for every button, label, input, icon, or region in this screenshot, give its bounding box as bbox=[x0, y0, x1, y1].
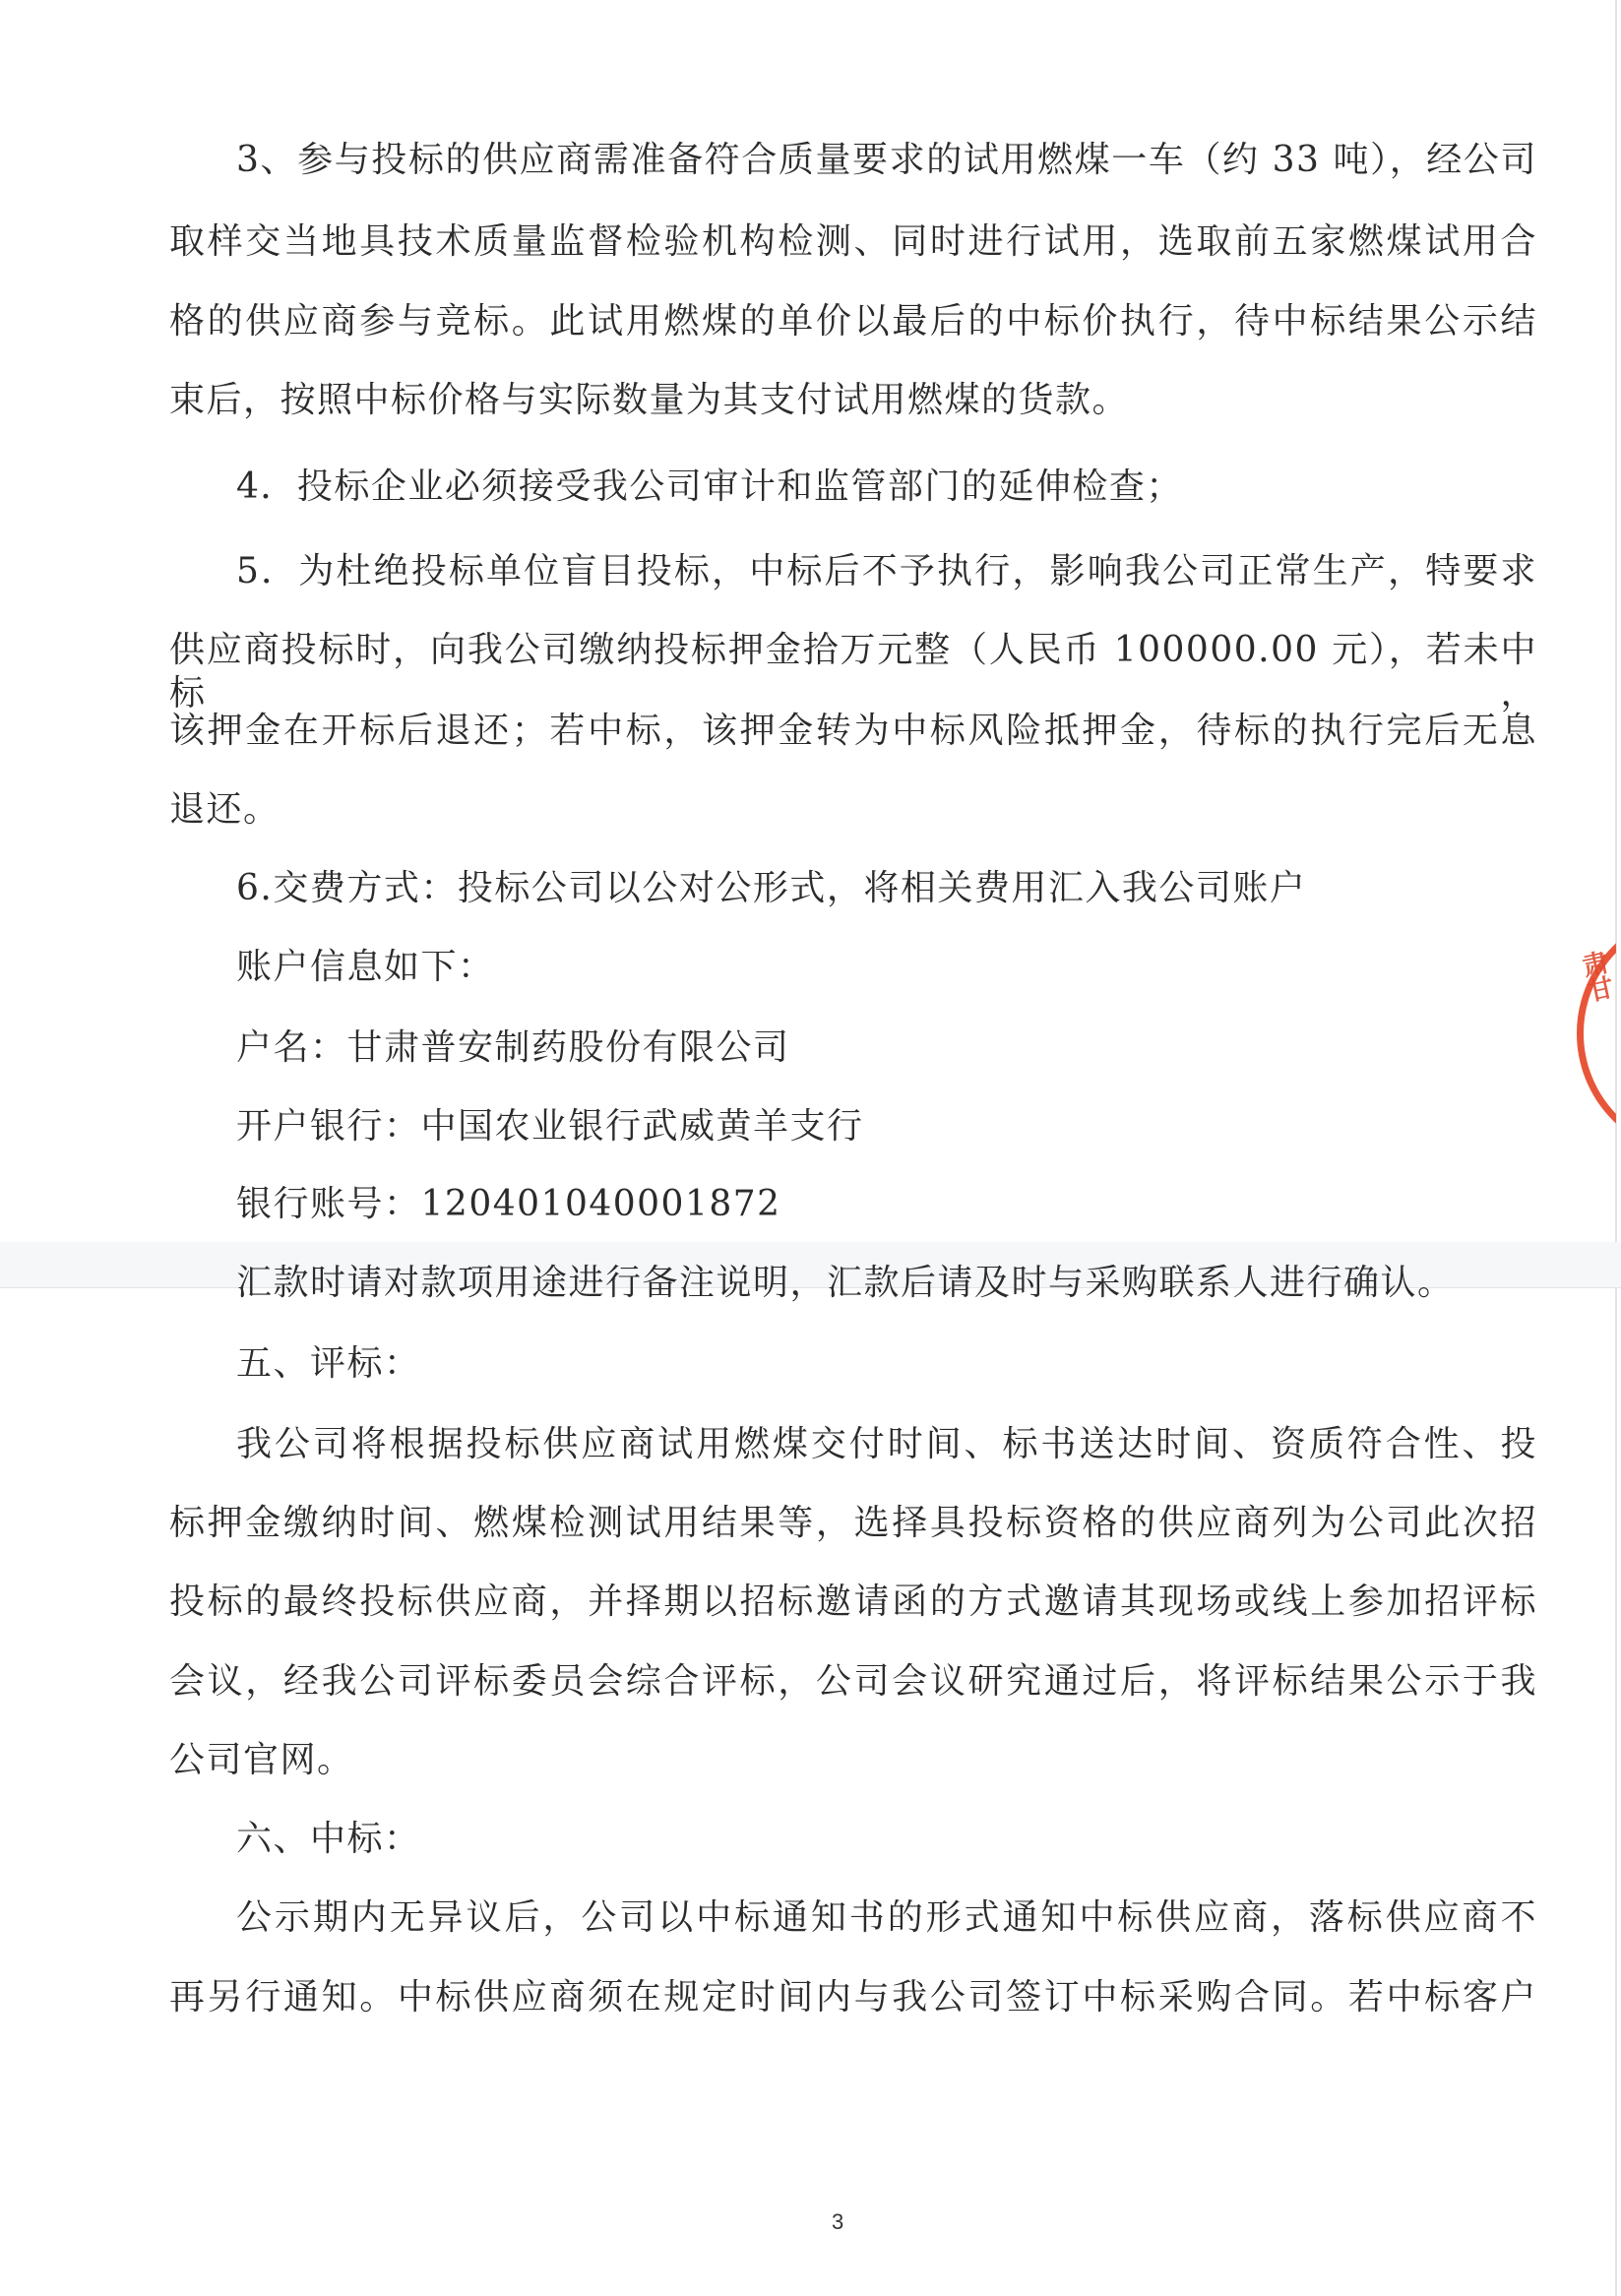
account-info-title: 账户信息如下： bbox=[236, 946, 495, 989]
section-5-line-3: 投标的最终投标供应商，并择期以招标邀请函的方式邀请其现场或线上参加招评标 bbox=[169, 1581, 1537, 1624]
section-5-line-5: 公司官网。 bbox=[169, 1739, 354, 1782]
account-number-row: 银行账号：120401040001872 bbox=[236, 1183, 781, 1226]
section-6-line-1: 公示期内无异议后，公司以中标通知书的形式通知中标供应商，落标供应商不 bbox=[236, 1896, 1537, 1940]
paragraph-5-line-2: 供应商投标时，向我公司缴纳投标押金拾万元整（人民币 100000.00 元），若… bbox=[169, 629, 1537, 715]
paragraph-3-line-1: 3、参与投标的供应商需准备符合质量要求的试用燃煤一车（约 33 吨），经公司 bbox=[236, 139, 1537, 182]
remittance-note: 汇款时请对款项用途进行备注说明，汇款后请及时与采购联系人进行确认。 bbox=[236, 1262, 1455, 1305]
account-number-value: 120401040001872 bbox=[421, 1184, 781, 1224]
paragraph-5-line-4: 退还。 bbox=[169, 788, 281, 832]
paragraph-4-line-1: 4．投标企业必须接受我公司审计和监管部门的延伸检查； bbox=[236, 465, 1183, 509]
section-5-line-1: 我公司将根据投标供应商试用燃煤交付时间、标书送达时间、资质符合性、投 bbox=[236, 1423, 1537, 1466]
bank-row: 开户银行：中国农业银行武威黄羊支行 bbox=[236, 1105, 864, 1148]
account-name-label: 户名： bbox=[236, 1027, 347, 1068]
section-6-line-2: 再另行通知。中标供应商须在规定时间内与我公司签订中标采购合同。若中标客户 bbox=[169, 1976, 1537, 2019]
account-number-label: 银行账号： bbox=[236, 1184, 421, 1224]
document-page: 3、参与投标的供应商需准备符合质量要求的试用燃煤一车（约 33 吨），经公司 取… bbox=[0, 0, 1621, 2296]
paragraph-5-line-1: 5．为杜绝投标单位盲目投标，中标后不予执行，影响我公司正常生产，特要求 bbox=[236, 550, 1537, 593]
seal-text: 肃甘 bbox=[1582, 947, 1616, 1003]
page-number: 3 bbox=[832, 2209, 843, 2235]
bank-value: 中国农业银行武威黄羊支行 bbox=[421, 1106, 864, 1147]
paragraph-3-line-4: 束后，按照中标价格与实际数量为其支付试用燃煤的货款。 bbox=[169, 379, 1129, 422]
section-6-heading: 六、中标： bbox=[236, 1818, 421, 1861]
account-name-value: 甘肃普安制药股份有限公司 bbox=[347, 1027, 790, 1068]
paragraph-5-line-3: 该押金在开标后退还；若中标，该押金转为中标风险抵押金，待标的执行完后无息 bbox=[169, 710, 1537, 753]
company-seal-stamp: 肃甘 bbox=[1577, 910, 1616, 1156]
paragraph-6-line-1: 6.交费方式：投标公司以公对公形式，将相关费用汇入我公司账户 bbox=[236, 867, 1306, 910]
paragraph-3-line-3: 格的供应商参与竞标。此试用燃煤的单价以最后的中标价执行，待中标结果公示结 bbox=[169, 300, 1537, 343]
section-5-heading: 五、评标： bbox=[236, 1342, 421, 1386]
bank-label: 开户银行： bbox=[236, 1106, 421, 1147]
section-5-line-4: 会议，经我公司评标委员会综合评标，公司会议研究通过后，将评标结果公示于我 bbox=[169, 1660, 1537, 1704]
account-name-row: 户名：甘肃普安制药股份有限公司 bbox=[236, 1026, 790, 1070]
paragraph-3-line-2: 取样交当地具技术质量监督检验机构检测、同时进行试用，选取前五家燃煤试用合 bbox=[169, 220, 1537, 264]
section-5-line-2: 标押金缴纳时间、燃煤检测试用结果等，选择具投标资格的供应商列为公司此次招 bbox=[169, 1502, 1537, 1545]
